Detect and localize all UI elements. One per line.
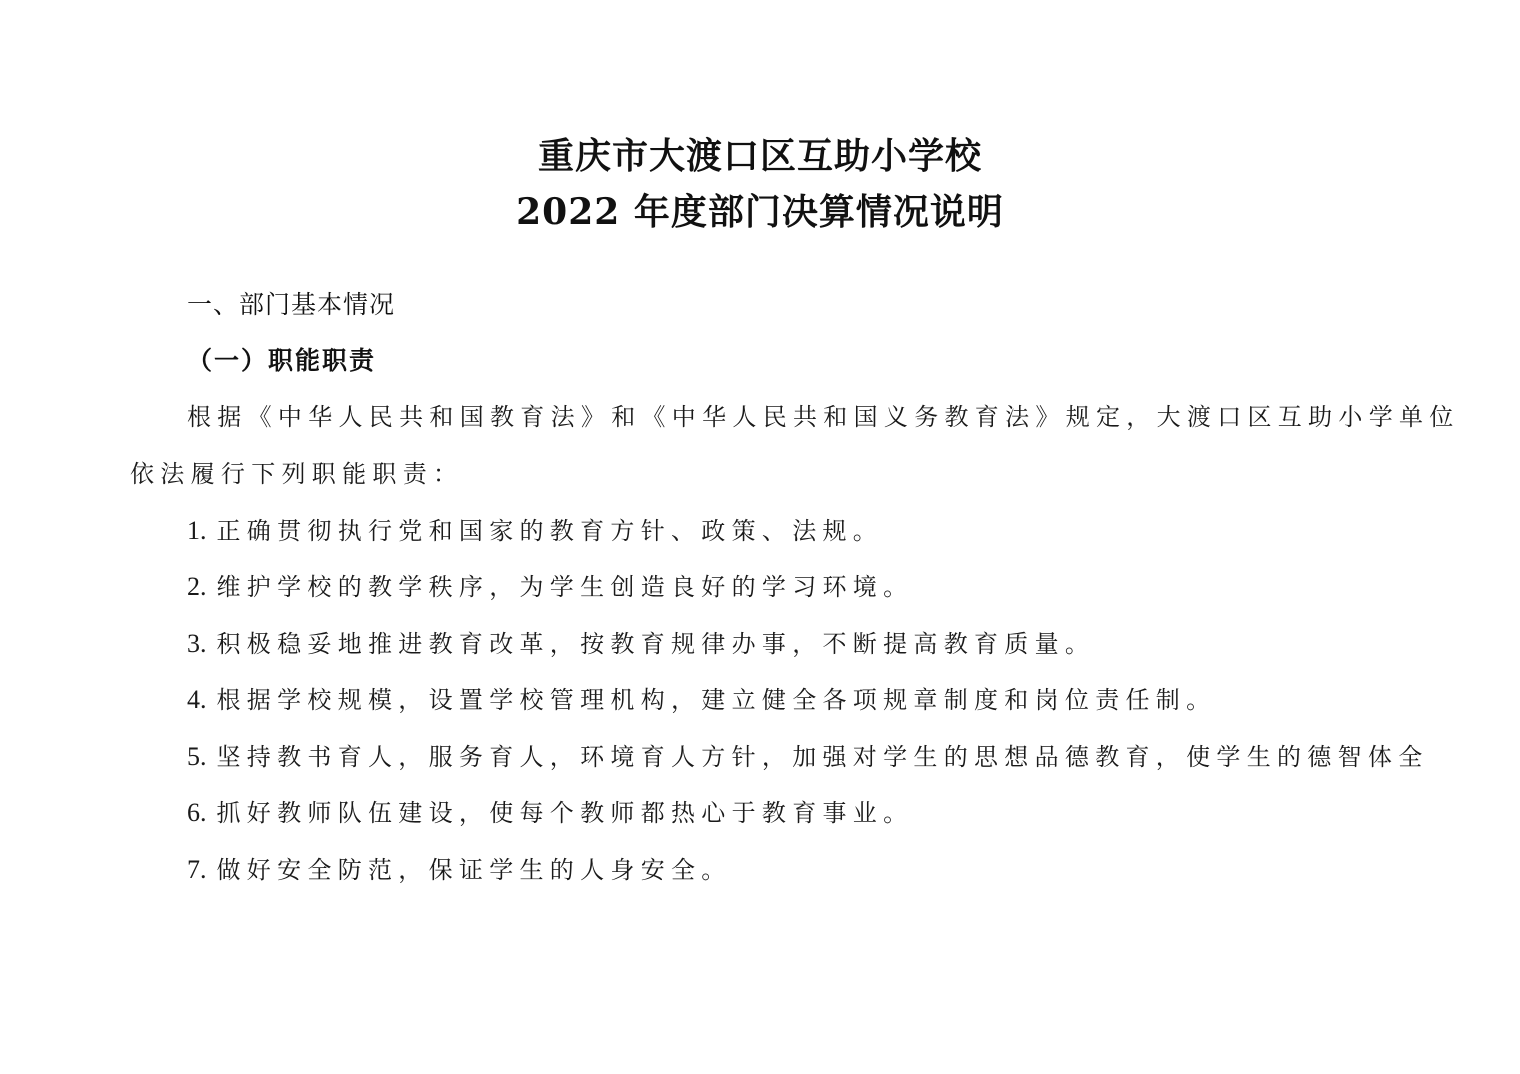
- document-title-line1: 重庆市大渡口区互助小学校: [0, 136, 1520, 176]
- duty-number: 7.: [187, 855, 207, 884]
- subsection-heading-duties: （一）职能职责: [187, 344, 376, 378]
- duty-number: 2.: [187, 572, 207, 601]
- duty-number: 6.: [187, 798, 207, 827]
- intro-paragraph-line2: 依法履行下列职能职责：: [130, 457, 463, 491]
- intro-paragraph-line1: 根据《中华人民共和国教育法》和《中华人民共和国义务教育法》规定，大渡口区互助小学…: [187, 400, 1460, 434]
- document-page: 重庆市大渡口区互助小学校 2022 年度部门决算情况说明 一、部门基本情况 （一…: [0, 0, 1520, 1074]
- duty-number: 1.: [187, 516, 207, 545]
- duty-text: 根据学校规模，设置学校管理机构，建立健全各项规章制度和岗位责任制。: [217, 686, 1217, 714]
- duty-item-2: 2.维护学校的教学秩序，为学生创造良好的学习环境。: [187, 570, 913, 604]
- duty-text: 正确贯彻执行党和国家的教育方针、政策、法规。: [217, 517, 884, 545]
- duty-number: 3.: [187, 629, 207, 658]
- duty-text: 积极稳妥地推进教育改革，按教育规律办事，不断提高教育质量。: [217, 630, 1096, 658]
- duty-text: 做好安全防范，保证学生的人身安全。: [217, 856, 732, 884]
- duty-item-6: 6.抓好教师队伍建设，使每个教师都热心于教育事业。: [187, 796, 913, 830]
- duty-text: 抓好教师队伍建设，使每个教师都热心于教育事业。: [217, 799, 914, 827]
- duty-number: 4.: [187, 685, 207, 714]
- duty-item-1: 1.正确贯彻执行党和国家的教育方针、政策、法规。: [187, 514, 883, 548]
- duty-item-3: 3.积极稳妥地推进教育改革，按教育规律办事，不断提高教育质量。: [187, 627, 1095, 661]
- document-title-line2: 2022 年度部门决算情况说明: [0, 192, 1520, 232]
- duty-text: 坚持教书育人，服务育人，环境育人方针，加强对学生的思想品德教育，使学生的德智体全: [217, 743, 1429, 771]
- section-heading-basic-info: 一、部门基本情况: [187, 288, 395, 322]
- duty-item-7: 7.做好安全防范，保证学生的人身安全。: [187, 853, 732, 887]
- duty-text: 维护学校的教学秩序，为学生创造良好的学习环境。: [217, 573, 914, 601]
- duty-item-5: 5.坚持教书育人，服务育人，环境育人方针，加强对学生的思想品德教育，使学生的德智…: [187, 740, 1429, 774]
- duty-item-4: 4.根据学校规模，设置学校管理机构，建立健全各项规章制度和岗位责任制。: [187, 683, 1216, 717]
- duty-number: 5.: [187, 742, 207, 771]
